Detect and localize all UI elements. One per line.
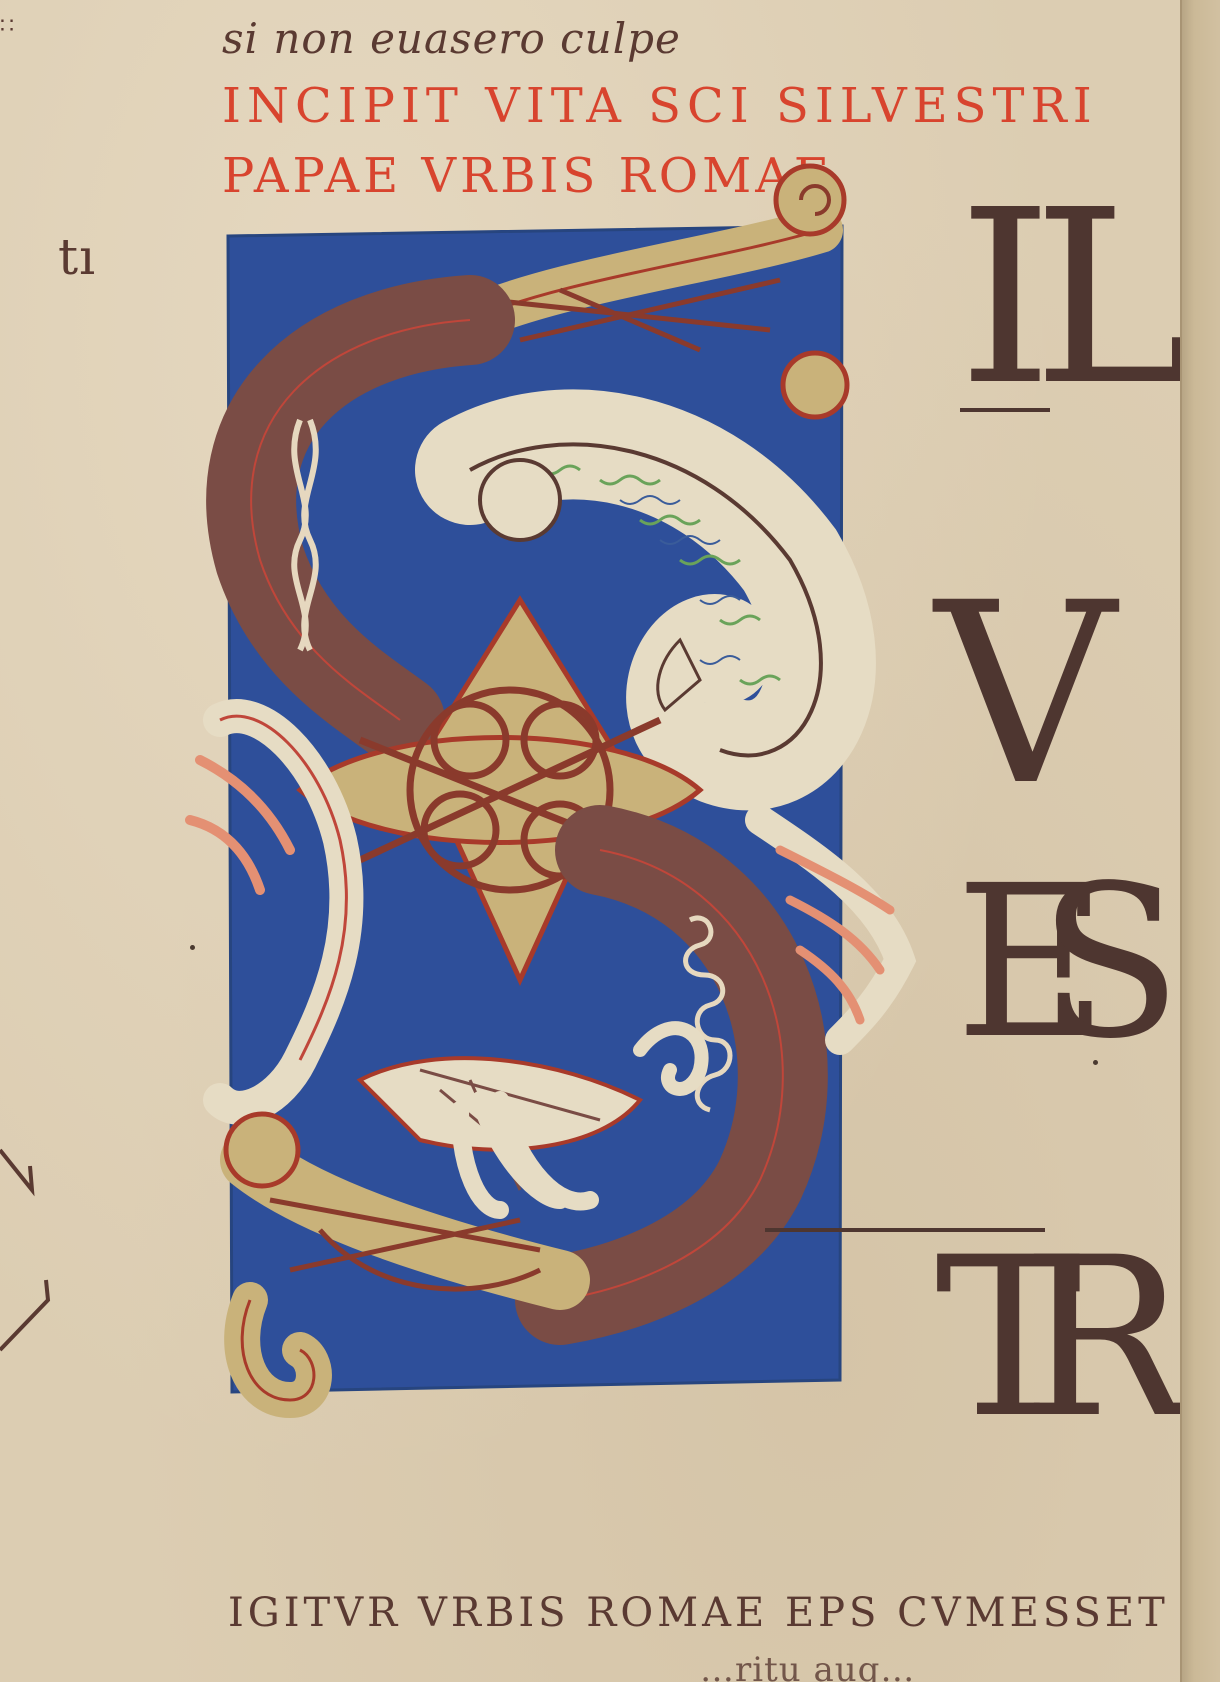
display-capital-v: V	[935, 570, 1116, 820]
page-gutter	[1180, 0, 1220, 1682]
capital-l-foot	[960, 408, 1050, 412]
ink-speck	[190, 945, 195, 950]
margin-pen-strokes	[0, 1100, 60, 1360]
display-capitals-es: ES	[955, 858, 1112, 1068]
ink-speck	[1093, 1060, 1098, 1065]
manuscript-page: ∷ si non euasero culpe INCIPIT VITA SCI …	[0, 0, 1180, 1682]
display-capitals-tr: TR	[935, 1228, 1127, 1448]
text-line-igitur: IGITVR VRBIS ROMAE EPS CVMESSET	[228, 1590, 1169, 1636]
display-capitals-il: IL	[958, 178, 1172, 418]
text-line-partial: …ritu aug…	[700, 1650, 915, 1682]
